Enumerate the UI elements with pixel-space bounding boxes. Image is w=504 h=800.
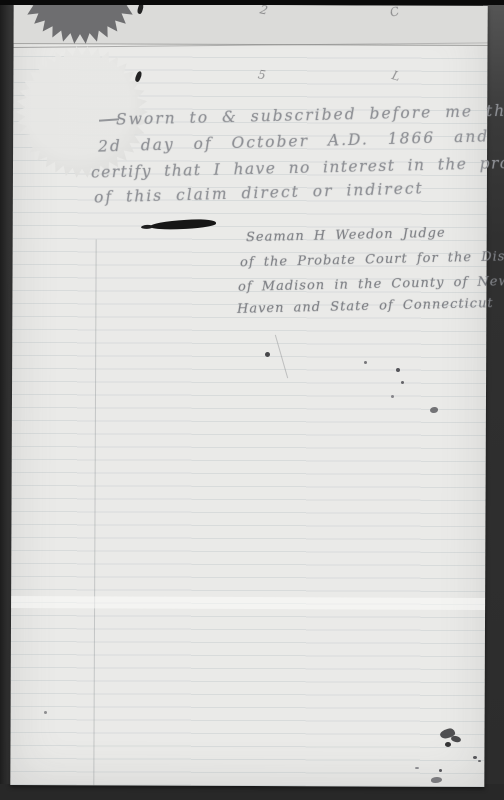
- scan-gutter-top: [0, 0, 504, 5]
- scanned-document-page: Sworn to & subscribed before me this 2d …: [0, 0, 504, 800]
- fold-highlight: [11, 596, 485, 610]
